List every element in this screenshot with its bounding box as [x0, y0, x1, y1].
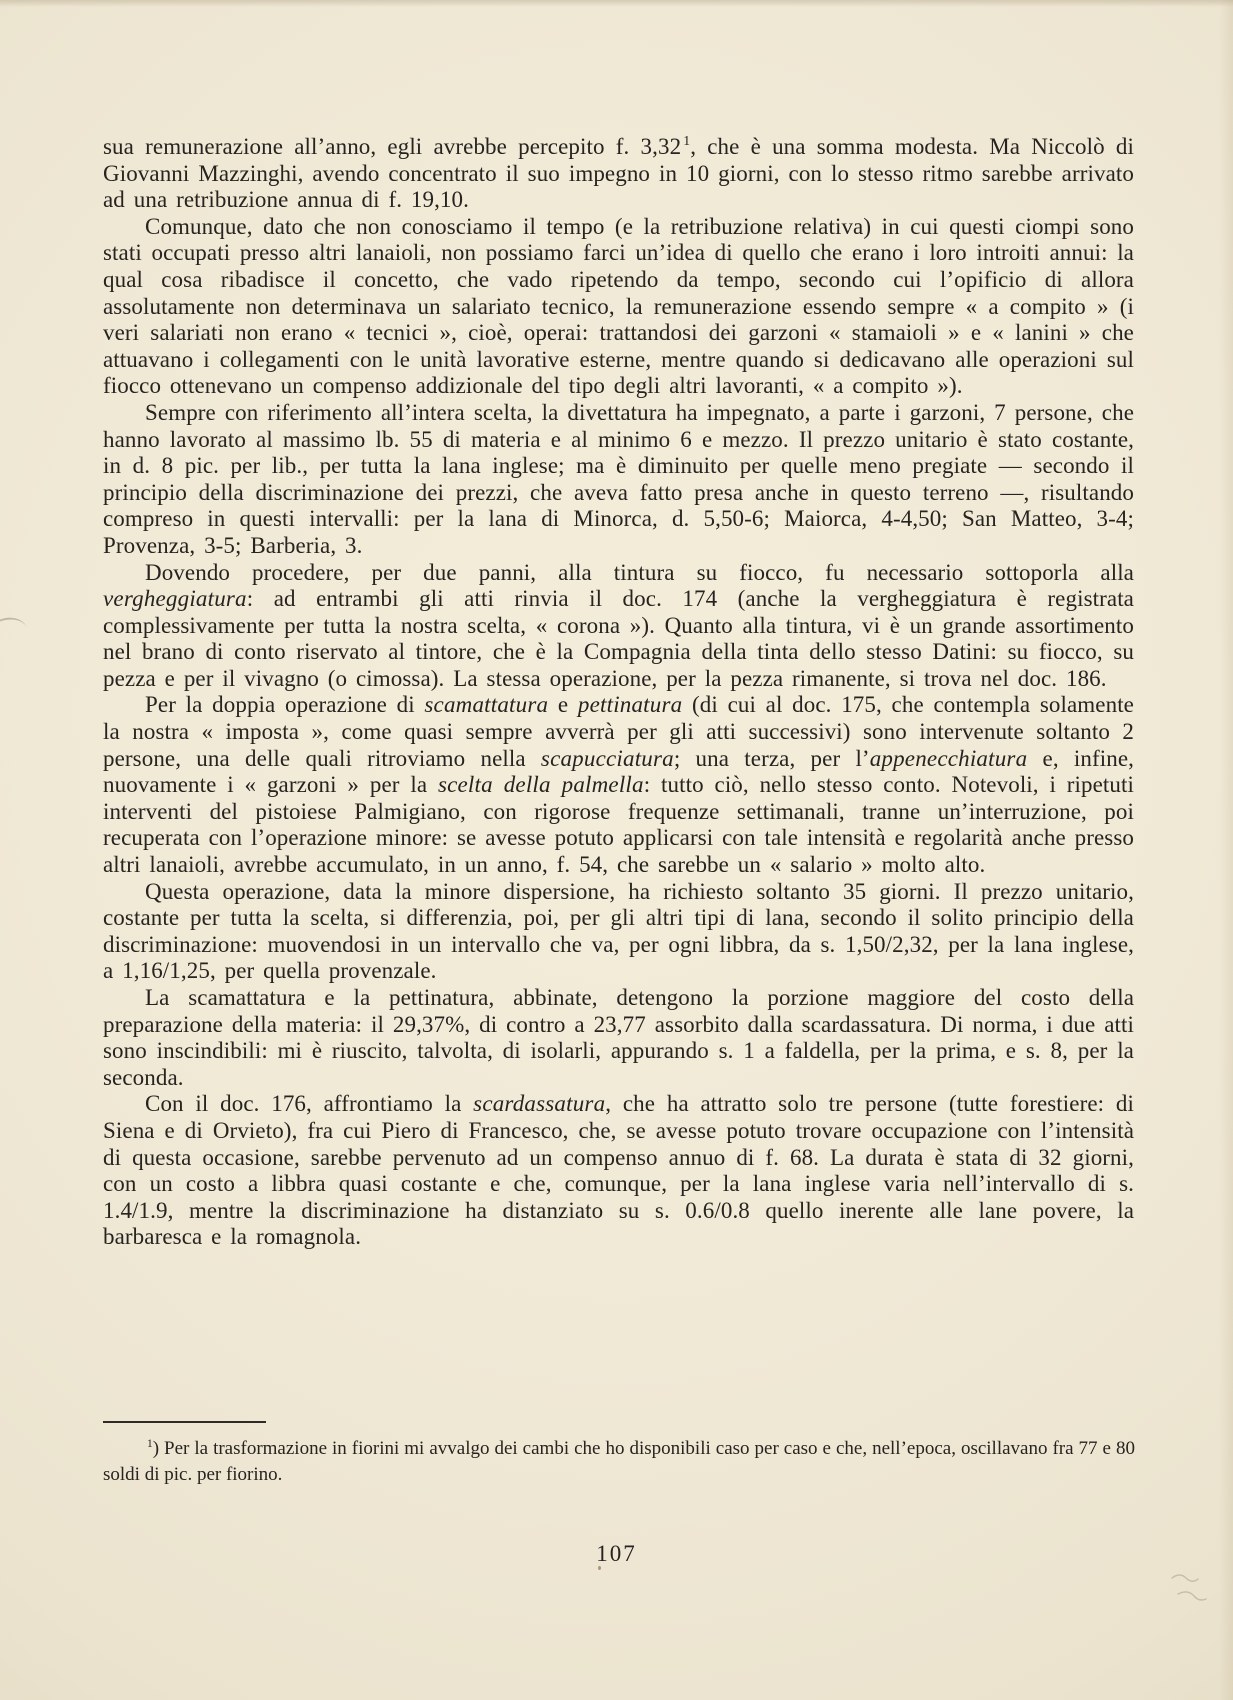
body-text: sua remunerazione all’anno, egli avrebbe…: [103, 134, 1134, 1251]
paragraph-5: Per la doppia operazione di scamattatura…: [103, 692, 1134, 878]
footnote-text: 1) Per la trasformazione in fiorini mi a…: [103, 1436, 1135, 1488]
paragraph-7: La scamattatura e la pettinatura, abbina…: [103, 985, 1134, 1091]
paragraph-2: Comunque, dato che non conosciamo il tem…: [103, 214, 1134, 400]
footnote: 1) Per la trasformazione in fiorini mi a…: [103, 1436, 1135, 1488]
paragraph-3: Sempre con riferimento all’intera scelta…: [103, 400, 1134, 560]
paragraph-1: sua remunerazione all’anno, egli avrebbe…: [103, 134, 1134, 214]
paragraph-6: Questa operazione, data la minore disper…: [103, 879, 1134, 985]
book-page: sua remunerazione all’anno, egli avrebbe…: [0, 0, 1233, 1700]
paragraph-4: Dovendo procedere, per due panni, alla t…: [103, 560, 1134, 693]
page-number: 107: [0, 1541, 1233, 1567]
footnote-separator: [103, 1421, 266, 1423]
paragraph-8: Con il doc. 176, affrontiamo la scardass…: [103, 1091, 1134, 1251]
pencil-squiggle-mark: [1168, 1568, 1214, 1608]
scan-crease-mark: [0, 613, 31, 654]
